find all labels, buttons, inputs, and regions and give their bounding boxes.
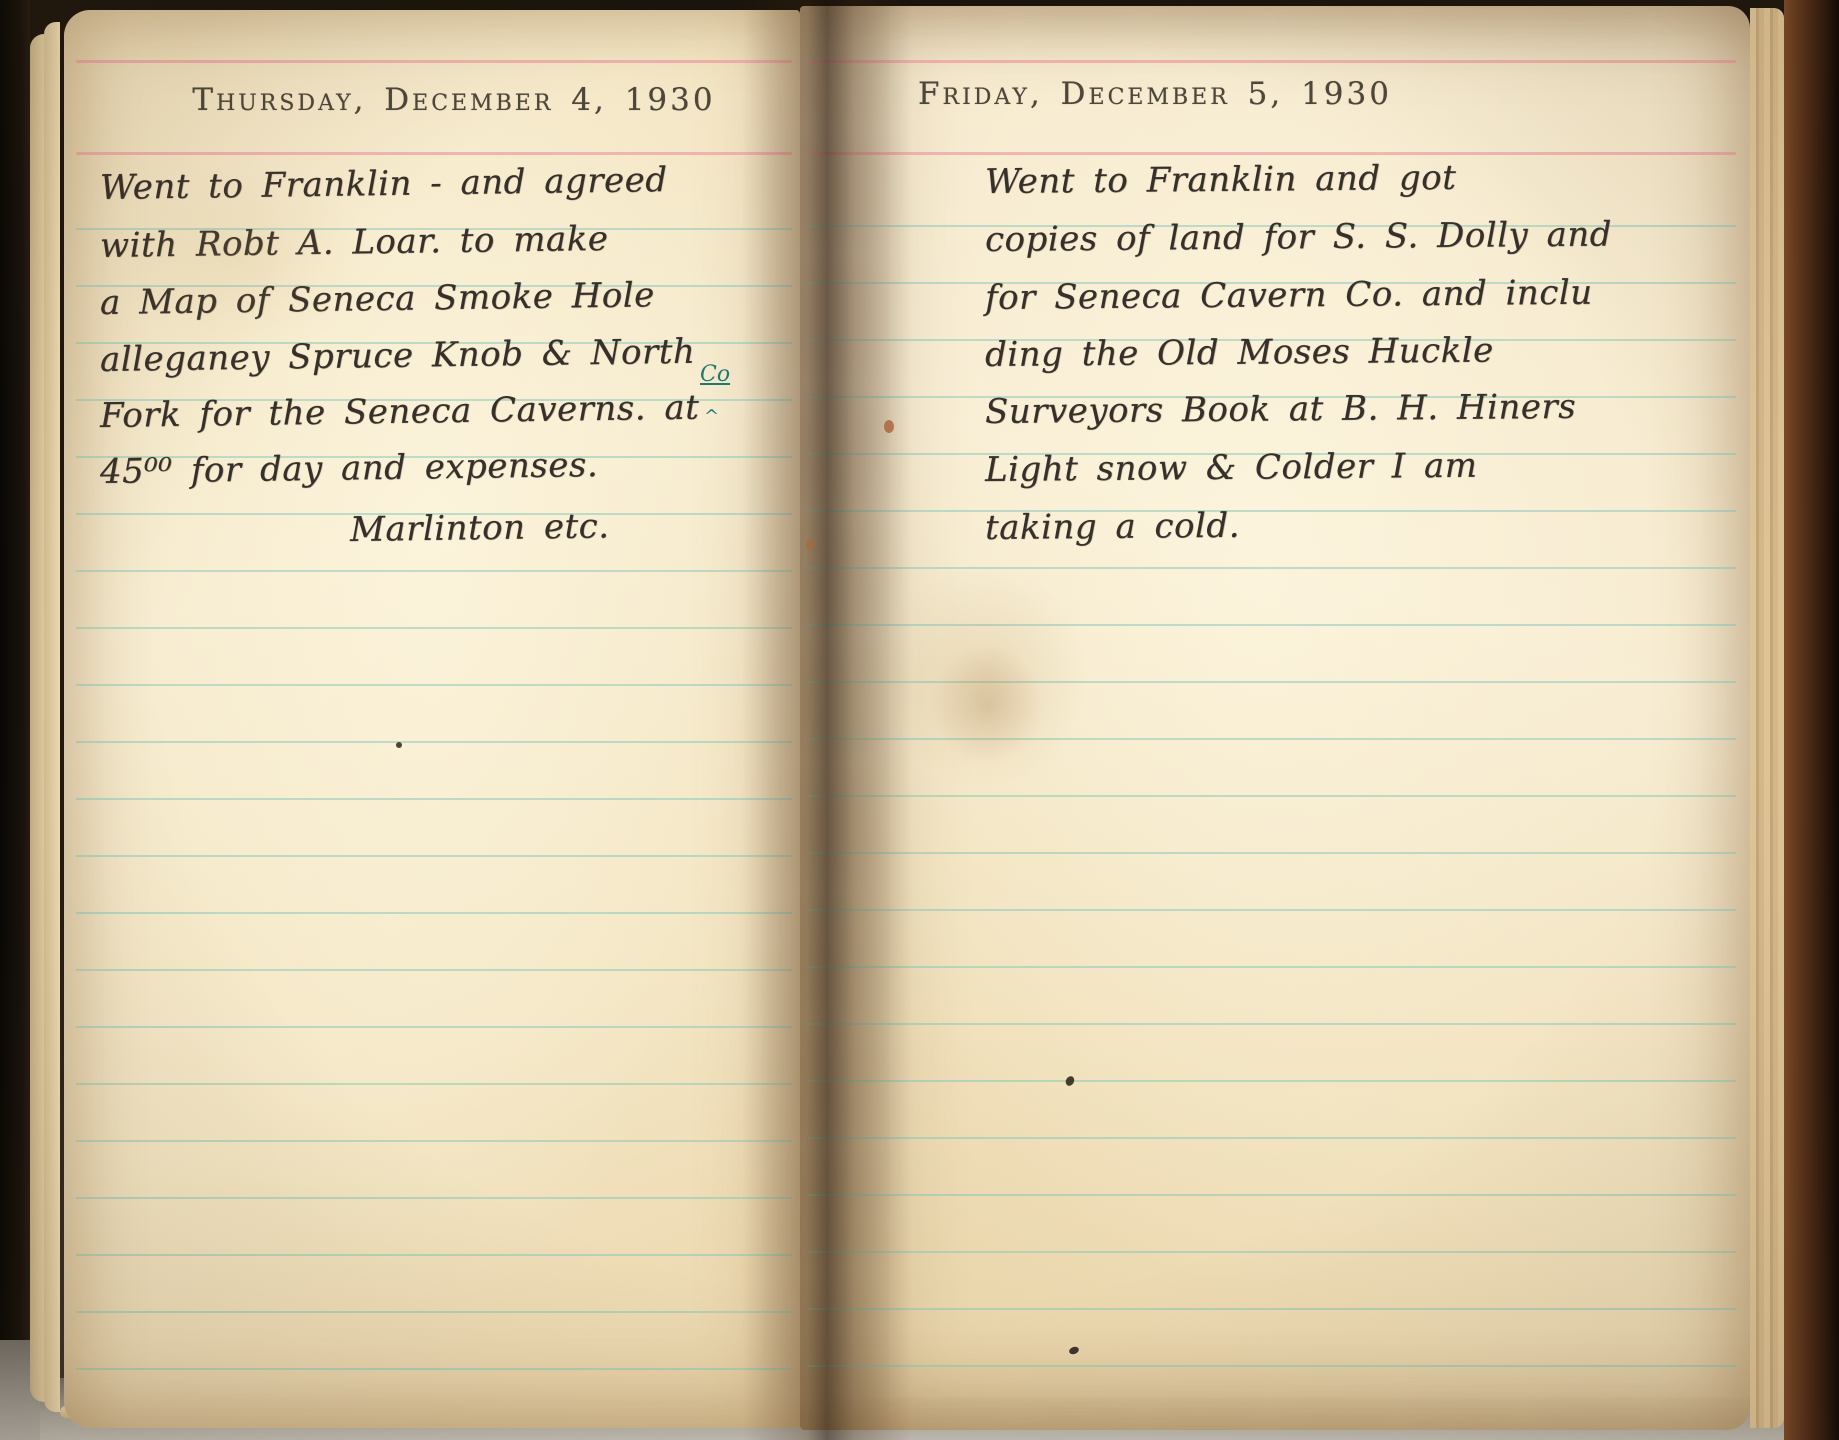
ruled-line-pink-top (76, 60, 792, 63)
book-cover-right (1784, 0, 1839, 1440)
entry-line: ding the Old Moses Huckle (985, 331, 1494, 375)
ruled-line-pink-top (808, 60, 1736, 63)
insertion-note-co: Co (700, 362, 730, 387)
entry-line: Surveyors Book at B. H. Hiners (985, 387, 1576, 432)
entry-line: for Seneca Cavern Co. and inclu (985, 273, 1593, 318)
ruled-line-pink-header (76, 152, 792, 155)
entry-line: Fork for the Seneca Caverns. at (100, 388, 700, 436)
left-page: Thursday, December 4, 1930 Went to Frank… (64, 10, 800, 1428)
left-page-date-header: Thursday, December 4, 1930 (154, 82, 754, 118)
entry-line: alleganey Spruce Knob & North (100, 332, 696, 380)
scan-left-edge (0, 0, 30, 1340)
entry-line: with Robt A. Loar. to make (100, 219, 609, 266)
entry-line: copies of land for S. S. Dolly and (985, 215, 1612, 260)
entry-line: Marlinton etc. (350, 506, 610, 550)
right-page: Friday, December 5, 1930 Went to Frankli… (800, 6, 1750, 1430)
page-stack-edge (44, 22, 60, 1412)
page-stack-edge-right (1750, 8, 1784, 1428)
entry-line: Light snow & Colder I am (985, 446, 1478, 490)
ruled-line-pink-header (808, 152, 1736, 155)
entry-line: Went to Franklin and got (985, 158, 1457, 202)
right-page-date-header: Friday, December 5, 1930 (875, 76, 1435, 112)
entry-line: taking a cold. (985, 506, 1240, 548)
insertion-caret: ^ (704, 406, 719, 427)
entry-line: Went to Franklin - and agreed (100, 160, 668, 208)
entry-line: a Map of Seneca Smoke Hole (100, 275, 655, 323)
diary-scan: Thursday, December 4, 1930 Went to Frank… (0, 0, 1839, 1440)
entry-line: 45⁰⁰ for day and expenses. (100, 445, 599, 492)
